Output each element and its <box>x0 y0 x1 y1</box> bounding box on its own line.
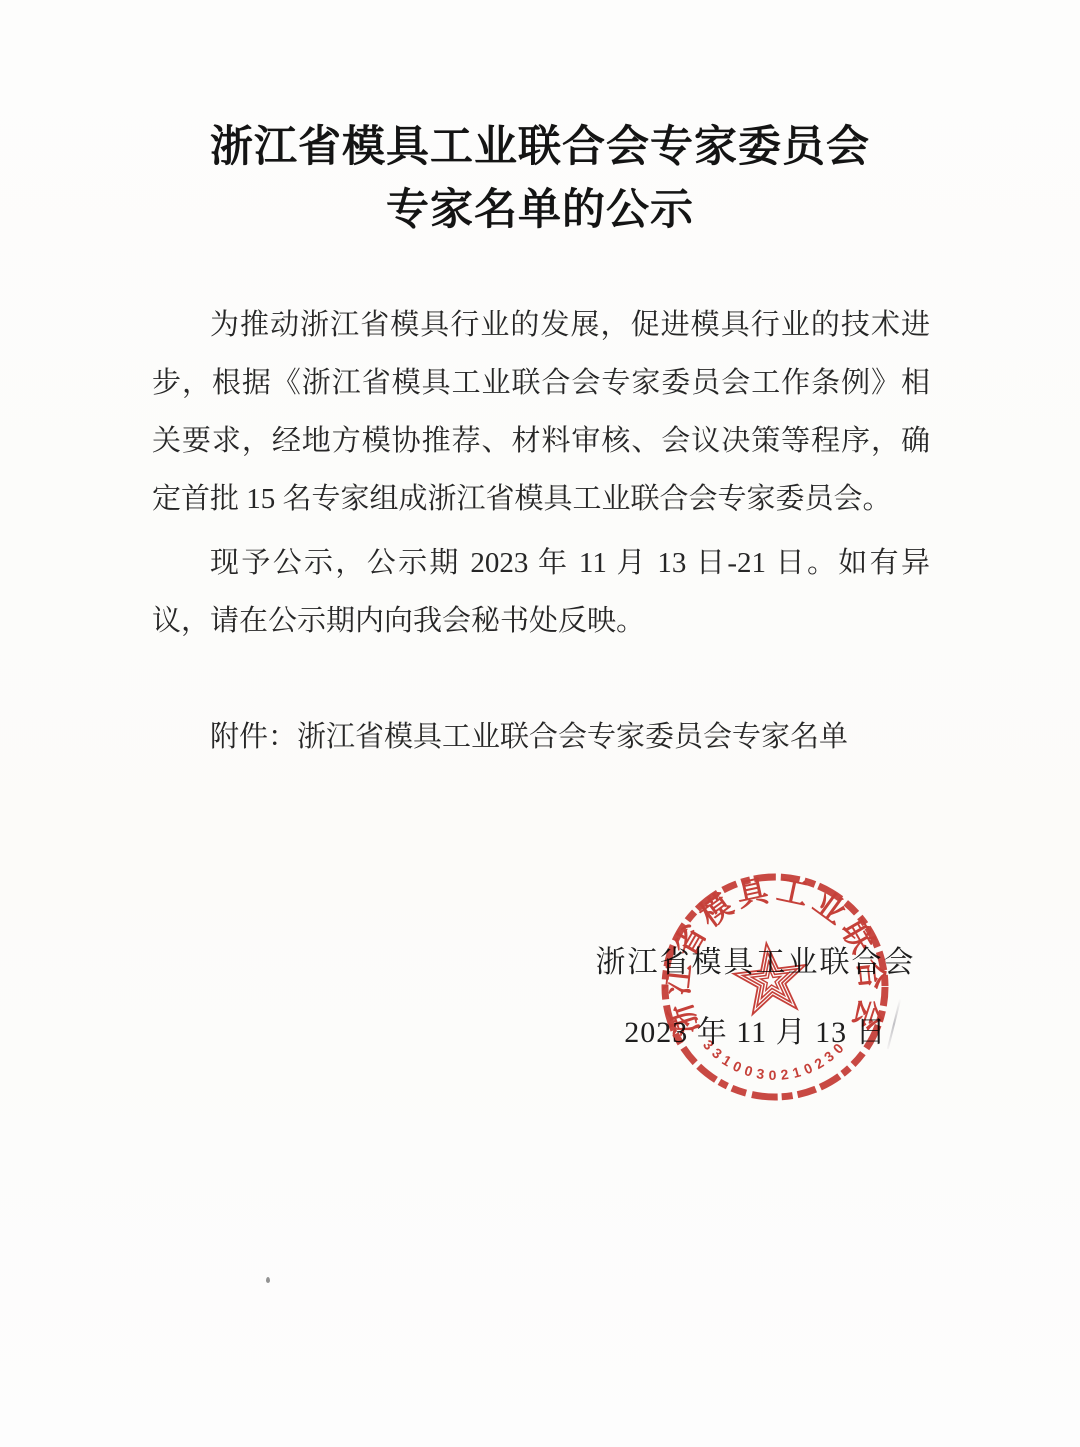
signature-block: 浙江省模具工业联合会 2023 年 11 月 13 日 <box>558 942 953 1054</box>
document-title: 浙江省模具工业联合会专家委员会 专家名单的公示 <box>0 116 1080 242</box>
title-line-1: 浙江省模具工业联合会专家委员会 <box>0 116 1080 179</box>
document-page: 浙江省模具工业联合会专家委员会 专家名单的公示 为推动浙江省模具行业的发展，促进… <box>0 0 1080 1447</box>
body-paragraph-2: 现予公示，公示期 2023 年 11 月 13 日-21 日。如有异议，请在公示… <box>152 534 930 650</box>
scan-dot-artifact <box>266 1277 270 1283</box>
document-body: 为推动浙江省模具行业的发展，促进模具行业的技术进步，根据《浙江省模具工业联合会专… <box>152 296 930 656</box>
body-paragraph-1: 为推动浙江省模具行业的发展，促进模具行业的技术进步，根据《浙江省模具工业联合会专… <box>152 296 930 528</box>
signature-org-name: 浙江省模具工业联合会 <box>558 942 953 984</box>
attachment-line: 附件：浙江省模具工业联合会专家委员会专家名单 <box>152 712 930 762</box>
signature-date: 2023 年 11 月 13 日 <box>558 1012 953 1054</box>
title-line-2: 专家名单的公示 <box>0 179 1080 242</box>
